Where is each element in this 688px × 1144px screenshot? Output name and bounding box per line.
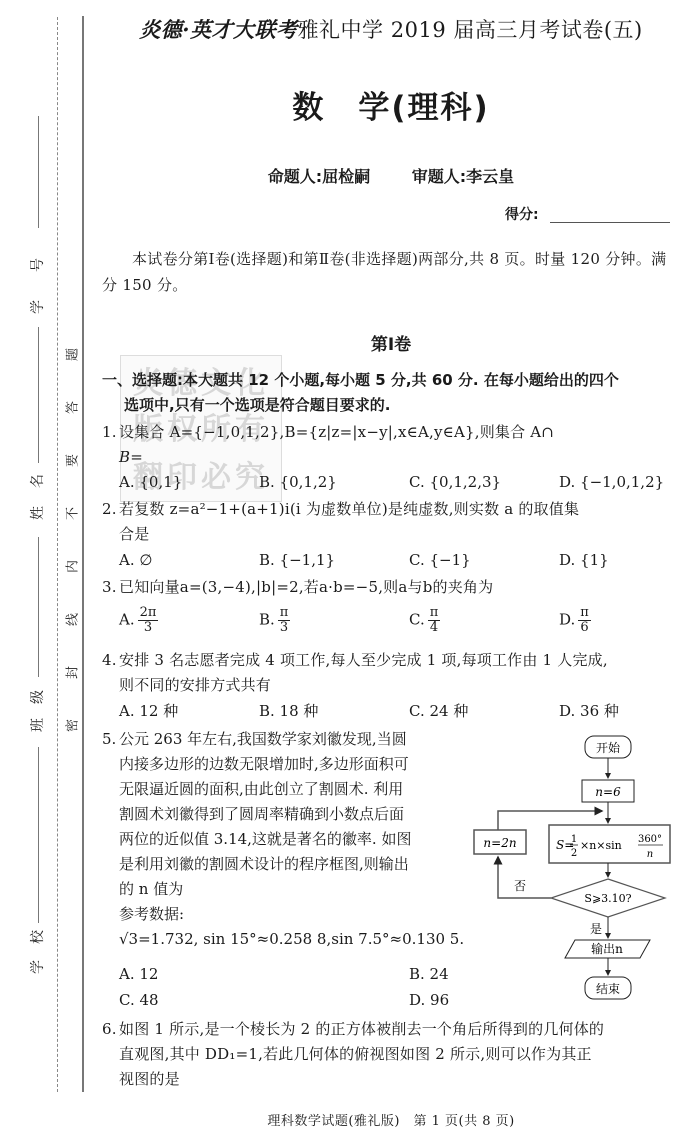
program-flowchart: 开始 n=6 S= 1 2 ×n×sin 360° n n=2n S⩾3.10?… xyxy=(470,730,688,1010)
numerator: π xyxy=(278,606,291,621)
flow-init: n=6 xyxy=(595,785,621,799)
seal-char: 题 xyxy=(62,347,81,363)
question-2-options: A. ∅ B. {−1,1} C. {−1} D. {1} xyxy=(119,548,679,573)
seal-char: 封 xyxy=(62,665,81,681)
question-number: 2. xyxy=(102,497,119,522)
reference-data: √3=1.732, sin 15°≈0.258 8,sin 7.5°≈0.130… xyxy=(102,927,477,952)
option-d[interactable]: D. 36 种 xyxy=(559,699,619,724)
question-text-cont: 直观图,其中 DD₁=1,若此几何体的俯视图如图 2 所示,则可以作为其正 xyxy=(102,1042,677,1067)
question-setter: 命题人:屈检嗣 xyxy=(268,167,370,186)
name-char-2: 姓 xyxy=(31,505,45,521)
denominator: 6 xyxy=(578,621,591,635)
option-c[interactable]: C. 48 xyxy=(119,988,159,1013)
option-label: C. xyxy=(409,611,425,629)
option-d[interactable]: D. 96 xyxy=(409,988,449,1013)
seal-char: 内 xyxy=(62,559,81,575)
question-text-cont: 割圆术刘徽得到了圆周率精确到小数点后面 xyxy=(102,802,477,827)
flow-update: n=2n xyxy=(483,836,516,850)
flow-no-label: 否 xyxy=(514,879,526,893)
question-text: 公元 263 年左右,我国数学家刘徽发现,当圆 xyxy=(119,730,407,748)
flow-decision: S⩾3.10? xyxy=(584,892,631,905)
option-a[interactable]: A. {0,1} xyxy=(119,470,182,495)
fraction: π3 xyxy=(278,606,291,635)
question-5: 5.公元 263 年左右,我国数学家刘徽发现,当圆 内接多边形的边数无限增加时,… xyxy=(102,727,477,952)
question-text-cont: 无限逼近圆的面积,由此创立了割圆术. 利用 xyxy=(102,777,477,802)
option-c[interactable]: C. 24 种 xyxy=(409,699,468,724)
school-line xyxy=(38,747,39,923)
student-id-char-2: 学 xyxy=(31,299,45,315)
exam-header: 炎德·英才大联考雅礼中学 2019 届高三月考试卷(五) xyxy=(96,14,686,44)
section-heading-line2: 选项中,只有一个选项是符合题目要求的. xyxy=(102,393,677,418)
option-d[interactable]: D. {−1,0,1,2} xyxy=(559,470,664,495)
fraction: 2π3 xyxy=(138,606,159,635)
seal-char: 答 xyxy=(62,400,81,416)
class-char-2: 班 xyxy=(31,717,45,733)
exam-title: 雅礼中学 2019 届高三月考试卷(五) xyxy=(298,18,643,42)
flow-output: 输出n xyxy=(591,941,623,956)
question-text-cont: 是利用刘徽的割圆术设计的程序框图,则输出 xyxy=(102,852,477,877)
option-a[interactable]: A.2π3 xyxy=(119,606,158,635)
question-text: 设集合 A={−1,0,1,2},B={z|z=|x−y|,x∈A,y∈A},则… xyxy=(119,423,554,441)
school-char-1: 校 xyxy=(31,929,45,945)
question-text: 如图 1 所示,是一个棱长为 2 的正方体被削去一个角后所得到的几何体的 xyxy=(119,1020,604,1038)
flow-half-num: 1 xyxy=(571,834,577,845)
question-3: 3.已知向量a=(3,−4),|b|=2,若a·b=−5,则a与b的夹角为 xyxy=(102,575,677,600)
option-b[interactable]: B. {0,1,2} xyxy=(259,470,337,495)
exam-instructions: 本试卷分第Ⅰ卷(选择题)和第Ⅱ卷(非选择题)两部分,共 8 页。时量 120 分… xyxy=(102,246,677,298)
denominator: 3 xyxy=(138,621,159,635)
option-c[interactable]: C.π4 xyxy=(409,606,440,635)
fraction: π6 xyxy=(578,606,591,635)
option-d[interactable]: D.π6 xyxy=(559,606,591,635)
option-c[interactable]: C. {−1} xyxy=(409,548,471,573)
question-3-options: A.2π3 B.π3 C.π4 D.π6 xyxy=(119,606,679,640)
authors-line: 命题人:屈检嗣 审题人:李云皇 xyxy=(96,164,686,187)
numerator: π xyxy=(578,606,591,621)
school-char-2: 学 xyxy=(31,959,45,975)
flow-half-den: 2 xyxy=(571,848,577,859)
question-text-cont: 则不同的安排方式共有 xyxy=(102,673,677,698)
flow-start: 开始 xyxy=(596,740,621,755)
seal-char: 密 xyxy=(62,718,81,734)
question-number: 4. xyxy=(102,648,119,673)
question-6: 6.如图 1 所示,是一个棱长为 2 的正方体被削去一个角后所得到的几何体的 直… xyxy=(102,1017,677,1092)
question-text: 已知向量a=(3,−4),|b|=2,若a·b=−5,则a与b的夹角为 xyxy=(119,578,493,596)
reviewer: 审题人:李云皇 xyxy=(412,167,514,186)
page-footer: 理科数学试题(雅礼版) 第 1 页(共 8 页) xyxy=(96,1110,686,1129)
option-b[interactable]: B. 24 xyxy=(409,962,449,987)
section-heading: 一、选择题:本大题共 12 个小题,每小题 5 分,共 60 分. 在每小题给出… xyxy=(102,368,677,418)
option-b[interactable]: B.π3 xyxy=(259,606,290,635)
student-id-line xyxy=(38,116,39,228)
flow-yes-label: 是 xyxy=(590,922,602,936)
question-number: 5. xyxy=(102,727,119,752)
question-number: 6. xyxy=(102,1017,119,1042)
numerator: 2π xyxy=(138,606,159,621)
flow-frac-num: 360° xyxy=(638,834,662,845)
question-text-cont: 合是 xyxy=(102,522,677,547)
score-blank xyxy=(550,222,670,223)
binding-cut-line xyxy=(57,17,58,1092)
denominator: 3 xyxy=(278,621,291,635)
question-text-cont: B= xyxy=(102,445,677,470)
exam-brand: 炎德·英才大联考 xyxy=(139,17,297,42)
name-char-1: 名 xyxy=(31,473,45,489)
section-heading-line1: 一、选择题:本大题共 12 个小题,每小题 5 分,共 60 分. 在每小题给出… xyxy=(102,371,619,389)
option-b[interactable]: B. 18 种 xyxy=(259,699,318,724)
question-4: 4.安排 3 名志愿者完成 4 项工作,每人至少完成 1 项,每项工作由 1 人… xyxy=(102,648,677,698)
flow-process-mid: ×n×sin xyxy=(580,839,622,852)
class-line xyxy=(38,537,39,677)
question-2: 2.若复数 z=a²−1+(a+1)i(i 为虚数单位)是纯虚数,则实数 a 的… xyxy=(102,497,677,547)
fraction: π4 xyxy=(428,606,441,635)
question-1: 1.设集合 A={−1,0,1,2},B={z|z=|x−y|,x∈A,y∈A}… xyxy=(102,420,677,470)
seal-char: 要 xyxy=(62,453,81,469)
student-id-char-1: 号 xyxy=(31,257,45,273)
option-b[interactable]: B. {−1,1} xyxy=(259,548,335,573)
seal-char: 不 xyxy=(62,506,81,522)
question-4-options: A. 12 种 B. 18 种 C. 24 种 D. 36 种 xyxy=(119,699,679,724)
option-label: D. xyxy=(559,611,575,629)
reference-label: 参考数据: xyxy=(102,902,477,927)
subject-title: 数 学(理科) xyxy=(96,82,686,127)
binding-solid-line xyxy=(82,16,84,1092)
option-a[interactable]: A. 12 种 xyxy=(119,699,178,724)
flow-end: 结束 xyxy=(596,981,620,996)
denominator: 4 xyxy=(428,621,441,635)
option-c[interactable]: C. {0,1,2,3} xyxy=(409,470,501,495)
flow-frac-den: n xyxy=(647,849,653,860)
question-number: 1. xyxy=(102,420,119,445)
option-a[interactable]: A. 12 xyxy=(119,962,158,987)
seal-char: 线 xyxy=(62,612,81,628)
question-text-cont: 内接多边形的边数无限增加时,多边形面积可 xyxy=(102,752,477,777)
question-text-cont: 两位的近似值 3.14,这就是著名的徽率. 如图 xyxy=(102,827,477,852)
question-text: 安排 3 名志愿者完成 4 项工作,每人至少完成 1 项,每项工作由 1 人完成… xyxy=(119,651,608,669)
question-number: 3. xyxy=(102,575,119,600)
question-text: 若复数 z=a²−1+(a+1)i(i 为虚数单位)是纯虚数,则实数 a 的取值… xyxy=(119,500,579,518)
option-label: B. xyxy=(259,611,275,629)
question-text-cont: 的 n 值为 xyxy=(102,877,477,902)
class-char-1: 级 xyxy=(31,689,45,705)
part-title: 第Ⅰ卷 xyxy=(96,330,686,355)
question-text-cont: 视图的是 xyxy=(102,1067,677,1092)
option-d[interactable]: D. {1} xyxy=(559,548,609,573)
score-label: 得分: xyxy=(505,204,539,224)
option-a[interactable]: A. ∅ xyxy=(119,548,152,573)
option-label: A. xyxy=(119,611,135,629)
numerator: π xyxy=(428,606,441,621)
name-line xyxy=(38,327,39,463)
question-1-options: A. {0,1} B. {0,1,2} C. {0,1,2,3} D. {−1,… xyxy=(119,470,679,495)
